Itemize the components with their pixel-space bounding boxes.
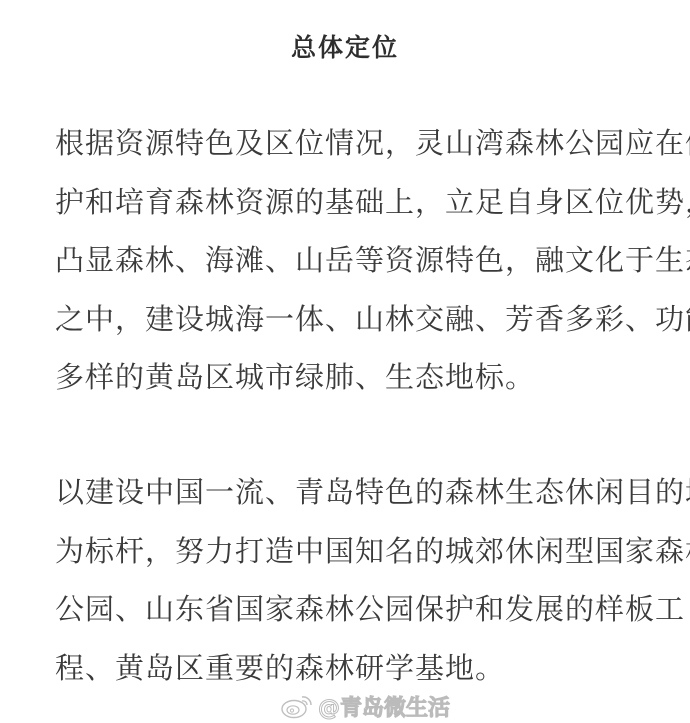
document-title: 总体定位 — [0, 28, 690, 68]
paragraph-line: 程、黄岛区重要的森林研学基地。 — [55, 639, 655, 698]
paragraph-line: 根据资源特色及区位情况，灵山湾森林公园应在保 — [55, 114, 655, 173]
paragraph-line: 之中，建设城海一体、山林交融、芳香多彩、功能 — [55, 290, 655, 349]
paragraph-1: 根据资源特色及区位情况，灵山湾森林公园应在保 护和培育森林资源的基础上，立足自身… — [55, 114, 655, 407]
paragraph-line: 以建设中国一流、青岛特色的森林生态休闲目的地 — [55, 463, 655, 522]
weibo-logo-icon — [280, 693, 314, 719]
paragraph-line: 公园、山东省国家森林公园保护和发展的样板工 — [55, 580, 655, 639]
paragraph-2: 以建设中国一流、青岛特色的森林生态休闲目的地 为标杆，努力打造中国知名的城郊休闲… — [55, 463, 655, 697]
watermark-text: @青岛微生活 — [318, 691, 450, 722]
paragraph-line: 护和培育森林资源的基础上，立足自身区位优势， — [55, 173, 655, 232]
paragraph-line: 多样的黄岛区城市绿肺、生态地标。 — [55, 348, 655, 407]
paragraph-line: 为标杆，努力打造中国知名的城郊休闲型国家森林 — [55, 522, 655, 581]
watermark: @青岛微生活 — [280, 692, 450, 720]
paragraph-line: 凸显森林、海滩、山岳等资源特色，融文化于生态 — [55, 231, 655, 290]
